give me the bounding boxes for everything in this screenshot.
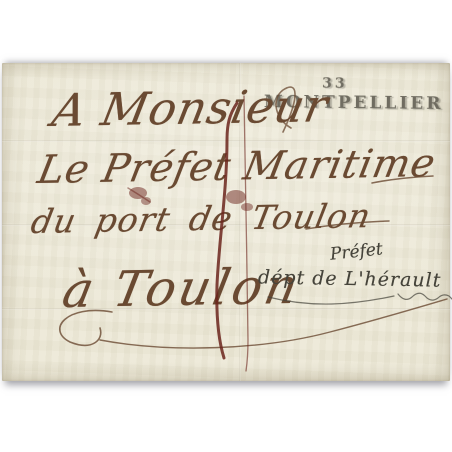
address-line-recipient: A Monsieur	[48, 79, 333, 137]
annotation-departement: dépt de L'hérault	[258, 266, 442, 291]
letter-photo: 33 MONTPELLIER A Monsieur Le Préfet Mari…	[0, 0, 452, 452]
postmark-department-number: 33	[322, 76, 444, 93]
address-line-title: Le Préfet Maritime	[34, 141, 440, 193]
address-line-port: du port de Toulon	[28, 196, 375, 241]
